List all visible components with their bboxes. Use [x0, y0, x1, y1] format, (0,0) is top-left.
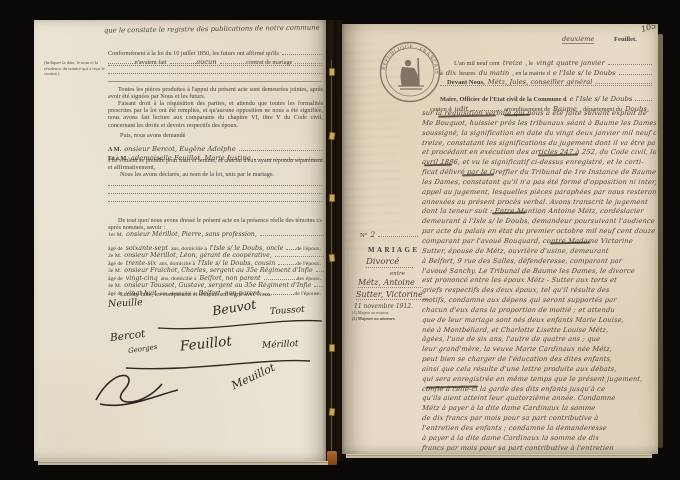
binding-gutter [322, 20, 346, 461]
signature-bercot: Bercot [109, 328, 146, 344]
handwritten-line: qui sera enregistrée en même temps que l… [421, 375, 656, 385]
blank-rule [108, 73, 322, 74]
divorce-date-handwritten: 11 novembre 1912. [354, 303, 413, 310]
blank-rule [108, 185, 322, 186]
civil-register-scan: que le constate le registre des publicat… [0, 0, 680, 480]
handwritten-line: l'entretien des enfants ; condamne la de… [421, 424, 656, 434]
declaration-line: Nous les avons déclarés, au nom de la lo… [120, 171, 274, 178]
right-page-stack-edge [346, 454, 652, 458]
blank-rule [440, 85, 652, 86]
dotted-fill-line [170, 53, 197, 64]
notary-margin-note: (Indiquer la date, le nom et la résidenc… [44, 60, 106, 77]
binding-stitch [329, 194, 335, 202]
book-fore-edge [658, 34, 663, 448]
handwritten-line: née à Montbéliard, et Charlotte Lisette … [421, 326, 656, 336]
pieces-paragraph: Toutes les pièces produites à l'appui du… [108, 86, 323, 100]
handwritten-line: chacun d'eux dans la proportion de moiti… [421, 306, 656, 316]
binding-stitch [329, 344, 335, 352]
stamp-figure [398, 58, 424, 89]
blank-rule [108, 201, 322, 202]
witnesses-intro: De tout quoi nous avons dressé le présen… [108, 217, 323, 231]
blank-rule [108, 193, 322, 194]
judgment-transcription-block: sur la réquisition verbale qui nous a ét… [422, 109, 656, 454]
handwritten-line: Sutter, épouse de Métz, ouvrière d'usine… [421, 247, 656, 257]
formalites-paragraph: Faisant droit à la réquisition des parti… [108, 100, 323, 129]
handwritten-line: peut bien se charger de l'éducation des … [421, 355, 656, 365]
handwritten-line: soussigné, la signification en date du v… [421, 129, 656, 139]
handwritten-line: à Belfort, 9 rue des Salles, défenderess… [421, 257, 656, 267]
handwritten-line: par acte du palais en état du premier oc… [421, 227, 656, 237]
handwritten-line: ainsi que cela résulte d'une lettre prod… [421, 365, 656, 375]
time-line-pre: à [440, 70, 443, 77]
handwritten-line: ficat délivré par le Greffier du Tribuna… [421, 168, 656, 178]
consent-paragraph: s'ils voulent se prendre pour mari et fe… [108, 157, 323, 171]
dotted-fill-line [595, 73, 652, 84]
handwritten-line: comparant par l'avoué Bouquard, contre M… [421, 237, 656, 247]
binding-ribbon [327, 451, 337, 465]
left-page-stack-edge [38, 461, 328, 465]
binding-stitch [329, 408, 336, 417]
witness-name-handwritten: onsieur Mérillot, Pierre, sans professio… [126, 231, 257, 238]
handwritten-line: de dix francs par mois pour sa part cont… [421, 414, 656, 424]
binding-stitch [329, 68, 335, 76]
handwritten-line: griefs respectifs des deux époux, tel qu… [421, 286, 656, 296]
handwritten-line: âgées, l'une de six ans, l'autre de quat… [421, 335, 656, 345]
handwritten-line: appel au jugement, lesquelles pièces par… [421, 188, 656, 198]
entre-label: entre [390, 271, 405, 277]
handwritten-line: dont la teneur suit : Entre Mantion Anto… [421, 207, 656, 217]
divorce-annotation-handwritten: Divorcé [366, 257, 413, 268]
signature-flourish [154, 316, 326, 332]
signature-neuille: Neuille [108, 297, 143, 310]
handwritten-line: demeurant à l'Isle s/ le Doubs, demandeu… [421, 217, 656, 227]
puis-line: Puis, nous avons demandé [120, 132, 185, 139]
handwritten-line: Me Bouquot, huissier près les tribunaux … [421, 119, 656, 129]
handwritten-line: les Dames, constatant qu'il n'a pas été … [421, 178, 656, 188]
handwritten-line: leur grand'mère, la veuve Marie Cardinau… [421, 345, 656, 355]
right-page: deuxième Feuillet. 105 RÉPUBLIQUE · FRAN… [342, 24, 658, 454]
handwritten-line: Métz à payer à la dite dame Cardinaux la… [421, 404, 656, 414]
handwritten-note-top: que le constate le registre des publicat… [104, 23, 322, 34]
folio-ordinal-handwritten: deuxième [562, 35, 594, 44]
acte-number-label: N° [360, 232, 367, 240]
handwritten-line: motifs, condamne aux dépens qui seront s… [421, 296, 656, 306]
section-rule [108, 81, 322, 82]
divorce-party1-handwritten: Métz, Antoine [358, 278, 423, 288]
blank-rule [108, 65, 322, 66]
handwritten-line: qu'ils aient atteint leur quatorzième an… [421, 394, 656, 404]
dotted-fill-line [108, 53, 135, 64]
folio-label: Feuillet. [614, 36, 637, 44]
footnote-majeure: (2) Majeure ou mineure. [352, 316, 396, 321]
footnote-majeur: (1) Majeur ou mineur. [352, 310, 389, 315]
handwritten-line: sur la réquisition verbale qui nous a ét… [421, 109, 656, 119]
dotted-fill-line [295, 53, 322, 64]
left-page: que le constate le registre des publicat… [34, 20, 326, 461]
dotted-fill-line [378, 226, 418, 237]
handwritten-line: à payer à la dite dame Cardinaux la somm… [421, 434, 656, 444]
binding-stitch [328, 132, 335, 141]
dotted-fill-line [220, 53, 247, 64]
handwritten-line: et procédant en exécution des articles 2… [421, 148, 656, 158]
handwritten-line: est prononcé entre les époux Métz - Sutt… [421, 276, 656, 286]
handwritten-line: treize, constatant les significations du… [421, 139, 656, 149]
handwritten-line: annexées au présent procès verbal. Avons… [421, 198, 656, 208]
acte-number-handwritten: 2 [370, 230, 375, 239]
illegible-signature-paraph [90, 360, 184, 416]
handwritten-line: l'avoué Sanchy. Le Tribunal de Baume les… [421, 267, 656, 277]
signature-merillot: Mérillot [262, 339, 299, 351]
handwritten-line: avril 1886, et vu le significatif ci-des… [421, 158, 656, 168]
handwritten-line: francs par mois pour sa part contributiv… [421, 444, 656, 454]
binding-stitch [329, 254, 336, 263]
acte-type-label: MARIAGE [368, 246, 419, 254]
relation-label: de l'épouse. [294, 291, 321, 298]
republique-francaise-stamp-icon: RÉPUBLIQUE · FRANÇAISE [378, 40, 442, 104]
dotted-fill-line [260, 231, 324, 236]
signature-feuillot: Feuillot [179, 333, 232, 354]
handwritten-line: que de leur mariage sont nés deux enfant… [421, 316, 656, 326]
corner-folio-mark: 105 [640, 24, 657, 34]
divorce-party2-handwritten: Sutter, Victorine [356, 290, 429, 300]
